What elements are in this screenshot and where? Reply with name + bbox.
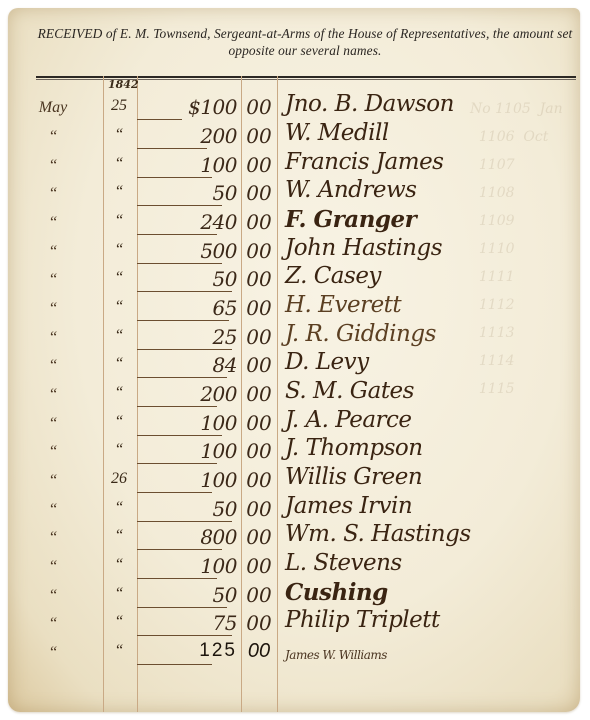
day-cell: “ bbox=[104, 126, 134, 144]
leader-line bbox=[137, 578, 217, 579]
day-cell: “ bbox=[104, 613, 134, 631]
dollars-cell: 50 bbox=[140, 181, 237, 205]
month-cell: “ bbox=[28, 128, 78, 146]
day-cell: “ bbox=[104, 155, 134, 173]
cents-cell: 00 bbox=[243, 181, 275, 205]
dollars-cell: $100 bbox=[140, 95, 237, 119]
leader-line bbox=[137, 377, 227, 378]
signature: L. Stevens bbox=[285, 550, 402, 576]
cents-cell: 00 bbox=[243, 583, 275, 607]
cents-cell: 00 bbox=[243, 353, 275, 377]
month-cell: “ bbox=[28, 443, 78, 461]
signature: Francis James bbox=[285, 149, 444, 175]
cents-cell: 00 bbox=[243, 153, 275, 177]
dollars-cell: 84 bbox=[140, 353, 237, 377]
cents-cell: 00 bbox=[243, 497, 275, 521]
day-cell: “ bbox=[104, 585, 134, 603]
month-cell: “ bbox=[28, 415, 78, 433]
signature: F. Granger bbox=[285, 206, 416, 233]
day-cell: “ bbox=[104, 642, 134, 660]
day-cell: “ bbox=[104, 298, 134, 316]
month-cell: “ bbox=[28, 615, 78, 633]
dollars-cell: 100 bbox=[140, 153, 237, 177]
dollars-cell: 25 bbox=[140, 325, 237, 349]
cents-cell: 00 bbox=[243, 95, 275, 119]
leader-line bbox=[137, 521, 232, 522]
dollars-cell: 200 bbox=[140, 382, 237, 406]
day-cell: “ bbox=[104, 327, 134, 345]
leader-line bbox=[137, 119, 182, 120]
day-cell: “ bbox=[104, 384, 134, 402]
dollars-cell: 50 bbox=[140, 497, 237, 521]
leader-line bbox=[137, 205, 222, 206]
month-cell: “ bbox=[28, 243, 78, 261]
month-cell: “ bbox=[28, 357, 78, 375]
cents-cell: 00 bbox=[243, 439, 275, 463]
dollars-cell: 50 bbox=[140, 583, 237, 607]
dollars-cell: 50 bbox=[140, 267, 237, 291]
cents-cell: 00 bbox=[243, 325, 275, 349]
signature: W. Medill bbox=[285, 120, 389, 146]
day-cell: “ bbox=[104, 183, 134, 201]
month-cell: “ bbox=[28, 271, 78, 289]
cents-cell: 00 bbox=[243, 239, 275, 263]
cents-cell: 00 bbox=[243, 210, 275, 234]
day-cell: “ bbox=[104, 212, 134, 230]
leader-line bbox=[137, 492, 212, 493]
leader-line bbox=[137, 177, 212, 178]
dollars-cell: 100 bbox=[140, 468, 237, 492]
dollars-cell: 240 bbox=[140, 210, 237, 234]
month-cell: “ bbox=[28, 472, 78, 490]
signature: Jno. B. Dawson bbox=[285, 91, 454, 117]
signature: James Irvin bbox=[285, 493, 412, 519]
day-cell: “ bbox=[104, 556, 134, 574]
signature: Cushing bbox=[285, 579, 388, 606]
day-cell: 25 bbox=[104, 97, 134, 115]
leader-line bbox=[137, 263, 222, 264]
day-cell: “ bbox=[104, 499, 134, 517]
signature: Willis Green bbox=[285, 464, 422, 490]
month-cell: “ bbox=[28, 644, 78, 662]
leader-line bbox=[137, 435, 222, 436]
month-cell: “ bbox=[28, 386, 78, 404]
day-cell: 26 bbox=[104, 470, 134, 488]
dollars-cell: 100 bbox=[140, 439, 237, 463]
leader-line bbox=[137, 664, 212, 665]
day-cell: “ bbox=[104, 355, 134, 373]
month-cell: May bbox=[28, 99, 78, 117]
leader-line bbox=[137, 148, 207, 149]
month-cell: “ bbox=[28, 529, 78, 547]
month-cell: “ bbox=[28, 185, 78, 203]
signature: W. Andrews bbox=[285, 177, 416, 203]
cents-cell: 00 bbox=[243, 411, 275, 435]
cents-cell: 00 bbox=[243, 525, 275, 549]
cents-cell: 00 bbox=[243, 640, 275, 663]
cents-cell: 00 bbox=[243, 296, 275, 320]
cents-cell: 00 bbox=[243, 611, 275, 635]
dollars-cell: 100 bbox=[140, 411, 237, 435]
leader-line bbox=[137, 349, 232, 350]
leader-line bbox=[137, 234, 217, 235]
leader-line bbox=[137, 549, 222, 550]
signature: S. M. Gates bbox=[285, 378, 414, 404]
month-cell: “ bbox=[28, 214, 78, 232]
day-cell: “ bbox=[104, 413, 134, 431]
cents-cell: 00 bbox=[243, 124, 275, 148]
leader-line bbox=[137, 291, 232, 292]
signature: J. R. Giddings bbox=[285, 321, 436, 347]
month-cell: “ bbox=[28, 587, 78, 605]
month-cell: “ bbox=[28, 157, 78, 175]
month-cell: “ bbox=[28, 501, 78, 519]
year-label: 1842 bbox=[108, 78, 139, 91]
day-cell: “ bbox=[104, 269, 134, 287]
ledger-row: ““7500Philip Triplett bbox=[0, 613, 590, 641]
cents-cell: 00 bbox=[243, 267, 275, 291]
leader-line bbox=[137, 406, 217, 407]
cents-cell: 00 bbox=[243, 468, 275, 492]
dollars-cell: 125 bbox=[140, 640, 237, 662]
signature: H. Everett bbox=[285, 292, 401, 318]
signature: Philip Triplett bbox=[285, 607, 440, 633]
leader-line bbox=[137, 320, 229, 321]
dollars-cell: 65 bbox=[140, 296, 237, 320]
signature: J. Thompson bbox=[285, 435, 423, 461]
receipt-header: RECEIVED of E. M. Townsend, Sergeant-at-… bbox=[30, 25, 580, 59]
signature: J. A. Pearce bbox=[285, 407, 412, 433]
signature: D. Levy bbox=[285, 349, 369, 375]
day-cell: “ bbox=[104, 527, 134, 545]
ledger-row: ““12500James W. Williams bbox=[0, 642, 590, 670]
signature: Wm. S. Hastings bbox=[285, 521, 471, 547]
month-cell: “ bbox=[28, 558, 78, 576]
cents-cell: 00 bbox=[243, 382, 275, 406]
signature: Z. Casey bbox=[285, 263, 381, 289]
dollars-cell: 200 bbox=[140, 124, 237, 148]
signature: John Hastings bbox=[285, 235, 442, 261]
dollars-cell: 500 bbox=[140, 239, 237, 263]
dollars-cell: 100 bbox=[140, 554, 237, 578]
leader-line bbox=[137, 607, 227, 608]
dollars-cell: 800 bbox=[140, 525, 237, 549]
month-cell: “ bbox=[28, 300, 78, 318]
dollars-cell: 75 bbox=[140, 611, 237, 635]
day-cell: “ bbox=[104, 441, 134, 459]
leader-line bbox=[137, 635, 232, 636]
cents-cell: 00 bbox=[243, 554, 275, 578]
leader-line bbox=[137, 463, 217, 464]
month-cell: “ bbox=[28, 329, 78, 347]
signature: James W. Williams bbox=[285, 648, 387, 662]
day-cell: “ bbox=[104, 241, 134, 259]
